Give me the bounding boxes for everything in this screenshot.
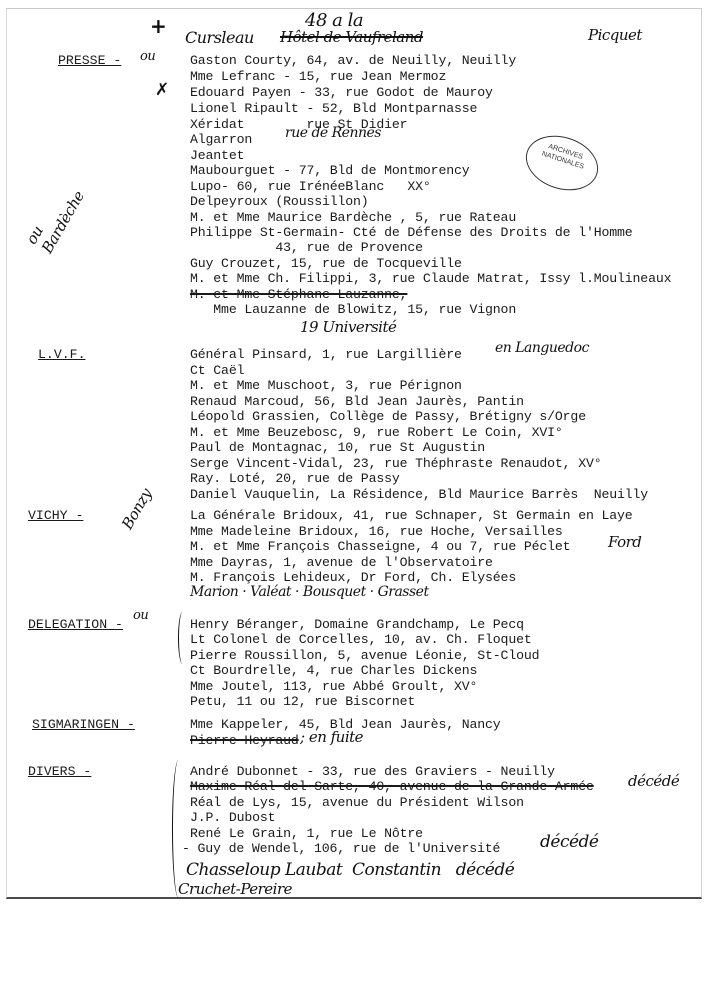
entry: Maubourguet - 77, Bld de Montmorency [190,163,470,178]
entry: Jeantet [190,148,244,163]
entry: Léopold Grassien, Collège de Passy, Brét… [190,409,586,424]
margin-note: ou [140,49,155,64]
margin-note: ou [133,608,148,623]
section-label-divers: DIVERS - [28,764,91,779]
entry: La Générale Bridoux, 41, rue Schnaper, S… [190,508,633,523]
handwritten-annotation: décédé [628,772,679,790]
handwritten-note-top-right: Picquet [588,26,642,44]
entry: Mme Joutel, 113, rue Abbé Groult, XV° [190,679,477,694]
check-mark-icon: ✗ [155,80,169,100]
entry: Renaud Marcoud, 56, Bld Jean Jaurès, Pan… [190,394,524,409]
handwritten-annotation: 19 Université [300,318,396,336]
handwritten-annotation: Marion · Valéat · Bousquet · Grasset [190,584,429,600]
handwritten-line: Cruchet-Pereire [178,880,292,898]
entry: J.P. Dubost [190,810,275,825]
entry: - Guy de Wendel, 106, rue de l'Universit… [182,841,500,856]
entry: Edouard Payen - 33, rue Godot de Mauroy [190,85,493,100]
entry: M. François Lehideux, Dr Ford, Ch. Elysé… [190,570,516,585]
entry: Pierre Heyraud [190,733,299,748]
entry: Gaston Courty, 64, av. de Neuilly, Neuil… [190,53,516,68]
entry: Réal de Lys, 15, avenue du Président Wil… [190,795,524,810]
handwritten-annotation: ; en fuite [300,728,363,746]
entry: M. et Mme Stéphane Lauzanne, [190,287,407,302]
handwritten-annotation: Ford [608,533,641,551]
section-label-delegation: DELEGATION - [28,617,123,632]
entry: André Dubonnet - 33, rue des Graviers - … [190,764,555,779]
section-label-sigmaringen: SIGMARINGEN - [32,717,135,732]
entry: Delpeyroux (Roussillon) [190,194,369,209]
handwritten-annotation: rue de Rennes [285,125,381,141]
section-label-presse: PRESSE - [58,53,121,68]
entry: Ray. Loté, 20, rue de Passy [190,471,400,486]
entry: Philippe St-Germain- Cté de Défense des … [190,225,633,240]
entry: Mme Madeleine Bridoux, 16, rue Hoche, Ve… [190,524,563,539]
bracket-mark [172,760,185,898]
entry: Maxime Réal del Sarte, 40, avenue de la … [190,779,594,794]
entry: Lupo- 60, rue IrénéeBlanc XX° [190,179,431,194]
entry: M. et Mme Maurice Bardèche , 5, rue Rate… [190,210,516,225]
entry: M. et Mme Muschoot, 3, rue Pérignon [190,378,462,393]
entry: M. et Mme Ch. Filippi, 3, rue Claude Mat… [190,271,671,286]
handwritten-annotation: en Languedoc [495,340,589,356]
entry: 43, rue de Provence [190,240,423,255]
entry: Petu, 11 ou 12, rue Biscornet [190,694,415,709]
entry: Guy Crouzet, 15, rue de Tocqueville [190,256,462,271]
entry: René Le Grain, 1, rue Le Nôtre [190,826,423,841]
entry: Ct Bourdrelle, 4, rue Charles Dickens [190,663,477,678]
entry: Mme Lauzanne de Blowitz, 15, rue Vignon [190,302,516,317]
section-label-vichy: VICHY - [28,508,83,523]
entry: Lt Colonel de Corcelles, 10, av. Ch. Flo… [190,632,532,647]
handwritten-line: Chasseloup Laubat Constantin décédé [186,860,514,880]
entry: Pierre Roussillon, 5, avenue Léonie, St-… [190,648,539,663]
entry: M. et Mme Beuzebosc, 9, rue Robert Le Co… [190,425,563,440]
section-label-lvf: L.V.F. [38,347,85,362]
entry: M. et Mme François Chasseigne, 4 ou 7, r… [190,539,570,554]
entry: Lionel Ripault - 52, Bld Montparnasse [190,101,477,116]
entry: Serge Vincent-Vidal, 23, rue Théphraste … [190,456,601,471]
handwritten-note-struck: Hôtel de Vaufreland [280,28,423,46]
entry: Mme Dayras, 1, avenue de l'Observatoire [190,555,493,570]
entry: Ct Caël [190,363,244,378]
handwritten-note-top-left: Cursleau [185,28,254,47]
handwritten-annotation: décédé [540,832,598,852]
entry: Paul de Montagnac, 10, rue St Augustin [190,440,485,455]
bracket-mark [178,612,187,664]
entry: Henry Béranger, Domaine Grandchamp, Le P… [190,617,524,632]
entry: Général Pinsard, 1, rue Largillière [190,347,462,362]
entry: Mme Lefranc - 15, rue Jean Mermoz [190,69,446,84]
entry: Daniel Vauquelin, La Résidence, Bld Maur… [190,487,648,502]
entry: Algarron [190,132,252,147]
cross-mark-icon: + [150,14,167,38]
